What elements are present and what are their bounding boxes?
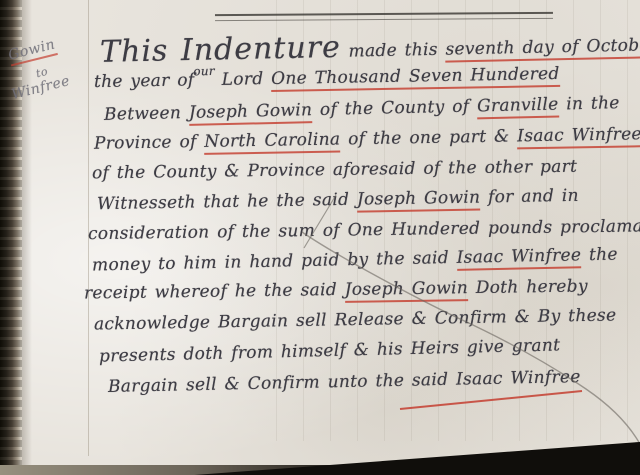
line-text: for and in [480, 186, 579, 208]
line-text: receipt whereof he the said [84, 280, 345, 304]
red-underlined-text: Granville [477, 95, 559, 120]
line-text: in the [558, 93, 620, 114]
inserted-word: our [193, 64, 215, 78]
line-text: Doth hereby [468, 276, 588, 298]
line-text: of the County of [312, 96, 477, 120]
line-text: Between [104, 103, 189, 125]
line-text: This Indenture [100, 30, 341, 70]
red-underlined-text: Isaac Winfree [517, 124, 640, 149]
red-underlined-text: Joseph Gowin [189, 100, 313, 126]
manuscript-scan: Gowin to Winfree This Indenture made thi… [0, 0, 640, 475]
line-text: of the one part & [340, 126, 517, 149]
line-text: Province of [94, 132, 205, 154]
red-underlined-text: seventh day of October [445, 35, 640, 62]
line-text: the year of [94, 70, 195, 92]
red-underlined-text: Isaac Winfree [456, 367, 581, 390]
line-text: Lord [214, 69, 271, 90]
red-underlined-text: Joseph Gowin [345, 278, 469, 303]
red-underlined-text: Joseph Gowin [357, 188, 481, 213]
book-binding-edge [0, 0, 22, 475]
binding-shadow [22, 0, 32, 475]
red-underlined-text: Isaac Winfree [456, 245, 581, 271]
line-text: Witnesseth that he the said [97, 190, 357, 215]
line-text: the [581, 244, 618, 265]
line-text: made this [341, 40, 446, 62]
red-underlined-text: North Carolina [204, 129, 340, 154]
